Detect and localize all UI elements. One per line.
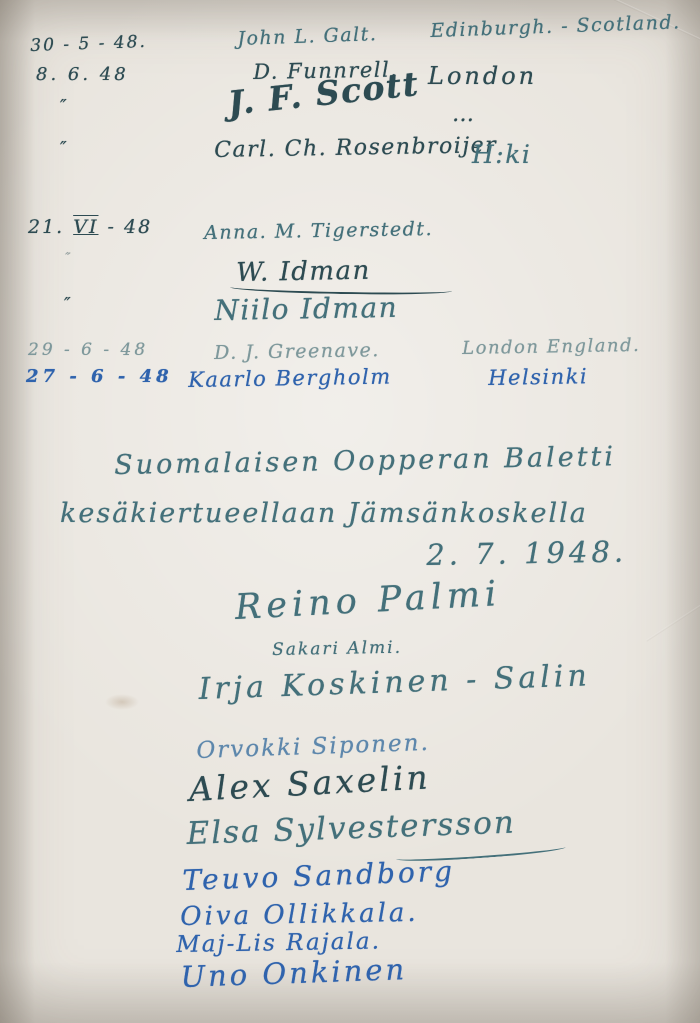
inscription-line-2: kesäkiertueellaan Jämsänkoskella bbox=[60, 498, 588, 529]
signature: Alex Saxelin bbox=[188, 757, 432, 809]
entry-name signature: Kaarlo Bergholm bbox=[188, 364, 392, 392]
guestbook-page: 30 - 5 - 48. John L. Galt. Edinburgh. - … bbox=[0, 0, 700, 1023]
entry-place: London England. bbox=[462, 335, 640, 359]
entry-place: Helsinki bbox=[488, 364, 588, 390]
entry-name: Carl. Ch. Rosenbroijer bbox=[214, 133, 497, 163]
inscription-date: 2. 7. 1948. bbox=[426, 534, 627, 571]
paper-stain bbox=[105, 694, 139, 710]
signature: Oiva Ollikkala. bbox=[180, 898, 419, 932]
entry-name: John L. Galt. bbox=[237, 23, 378, 50]
entry-place: London bbox=[428, 62, 537, 90]
paper-crease-right-edge bbox=[646, 596, 700, 641]
entry-date: 30 - 5 - 48. bbox=[30, 32, 147, 56]
date-roman-numeral: VI bbox=[72, 216, 99, 238]
entry-date: 21. VI - 48 bbox=[28, 216, 152, 238]
ditto-mark: ″ bbox=[63, 250, 73, 267]
inscription-line-1: Suomalaisen Oopperan Baletti bbox=[114, 441, 616, 481]
signature: Teuvo Sandborg bbox=[182, 854, 456, 896]
signature: Sakari Almi. bbox=[272, 638, 402, 660]
signature: Reino Palmi bbox=[234, 574, 502, 628]
ditto-mark: ″ bbox=[60, 96, 68, 117]
signature: Elsa Sylvestersson bbox=[186, 805, 516, 852]
ditto-mark: ″ bbox=[64, 294, 72, 315]
entry-date: 27 - 6 - 48 bbox=[26, 366, 173, 387]
entry-date: 8. 6. 48 bbox=[36, 64, 129, 85]
date-year: - 48 bbox=[108, 216, 153, 238]
signature: Uno Onkinen bbox=[180, 952, 408, 994]
date-day: 21. bbox=[28, 216, 64, 238]
entry-name: Anna. M. Tigerstedt. bbox=[204, 218, 433, 244]
entry-place: Edinburgh. - Scotland. bbox=[430, 11, 681, 42]
entry-place: H:ki bbox=[472, 140, 531, 169]
ditto-mark: ″ bbox=[60, 138, 68, 159]
signature: Irja Koskinen - Salin bbox=[198, 658, 591, 707]
entry-name signature: Niilo Idman bbox=[214, 291, 398, 327]
entry-date: 29 - 6 - 48 bbox=[28, 340, 148, 360]
ditto-dots: … bbox=[452, 102, 478, 127]
entry-name: D. J. Greenave. bbox=[214, 339, 380, 364]
